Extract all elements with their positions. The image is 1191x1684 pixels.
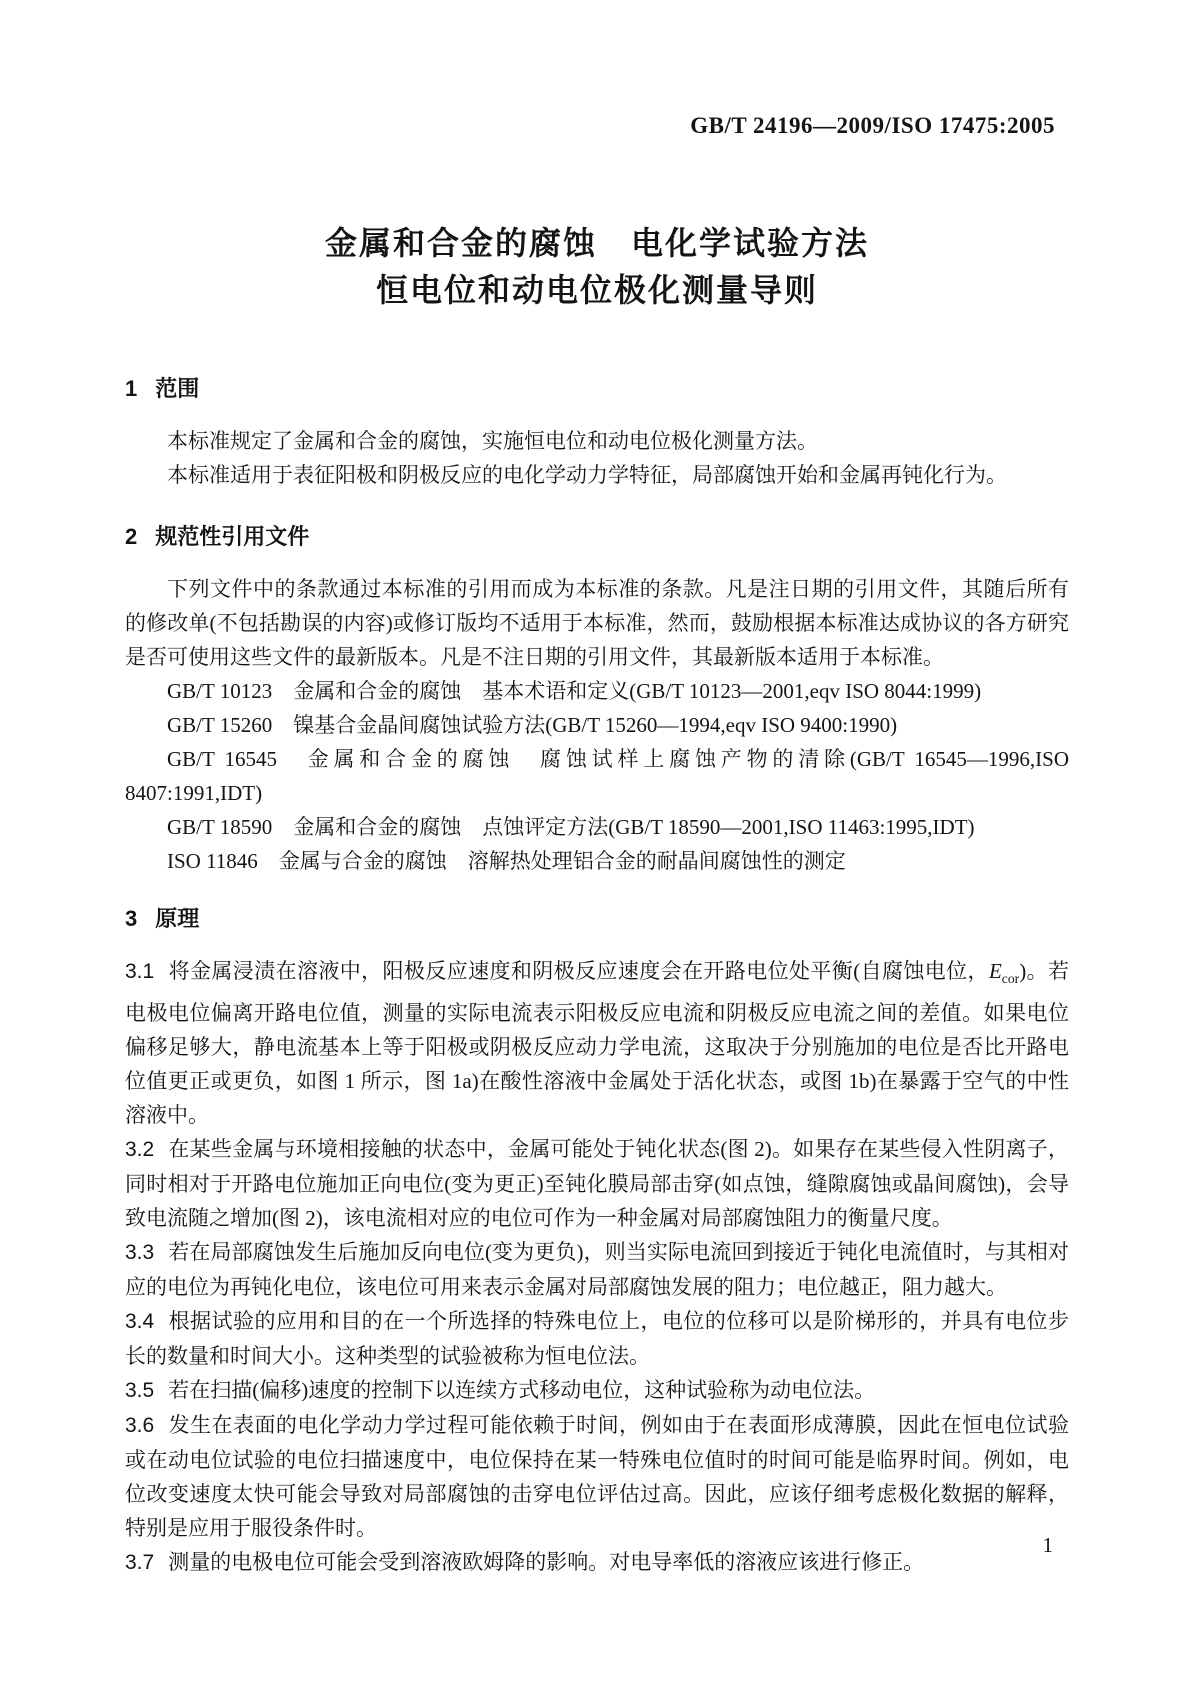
clause-number: 3.3 [125,1236,154,1270]
section-heading-scope: 1范围 [125,374,1069,404]
clause-number: 3.7 [125,1546,154,1580]
section-title: 原理 [155,906,199,931]
principle-body: 3.1将金属浸渍在溶液中，阳极反应速度和阴极反应速度会在开路电位处平衡(自腐蚀电… [125,954,1069,1580]
section-number: 2 [125,522,137,552]
document-title-line2: 恒电位和动电位极化测量导则 [125,267,1069,314]
page-number: 1 [1043,1528,1054,1562]
scope-body: 本标准规定了金属和合金的腐蚀，实施恒电位和动电位极化测量方法。 本标准适用于表征… [125,424,1069,492]
reference-item: GB/T 10123 金属和合金的腐蚀 基本术语和定义(GB/T 10123—2… [125,674,1069,708]
section-number: 1 [125,374,137,404]
document-page: GB/T 24196—2009/ISO 17475:2005 金属和合金的腐蚀 … [0,0,1191,1684]
references-body: 下列文件中的条款通过本标准的引用而成为本标准的条款。凡是注日期的引用文件，其随后… [125,572,1069,878]
clause-text: 测量的电极电位可能会受到溶液欧姆降的影响。对电导率低的溶液应该进行修正。 [168,1550,924,1574]
section-title: 范围 [155,376,199,401]
reference-item: ISO 11846 金属与合金的腐蚀 溶解热处理铝合金的耐晶间腐蚀性的测定 [125,844,1069,878]
clause-text: 发生在表面的电化学动力学过程可能依赖于时间，例如由于在表面形成薄膜，因此在恒电位… [125,1413,1069,1540]
clause-number: 3.1 [125,955,154,989]
clause-text: 若在扫描(偏移)速度的控制下以连续方式移动电位，这种试验称为动电位法。 [168,1378,875,1402]
ecor-symbol: E [989,959,1002,983]
clause-text: )。若电极电位偏离开路电位值，测量的实际电流表示阳极反应电流和阴极反应电流之间的… [125,959,1069,1127]
scope-paragraph-1: 本标准规定了金属和合金的腐蚀，实施恒电位和动电位极化测量方法。 [125,424,1069,458]
section-heading-principle: 3原理 [125,904,1069,934]
ecor-subscript: cor [1002,971,1019,986]
scope-paragraph-2: 本标准适用于表征阳极和阴极反应的电化学动力学特征，局部腐蚀开始和金属再钝化行为。 [125,458,1069,492]
clause-number: 3.5 [125,1374,154,1408]
clause-text: 根据试验的应用和目的在一个所选择的特殊电位上，电位的位移可以是阶梯形的，并具有电… [125,1309,1069,1368]
clause-number: 3.6 [125,1409,154,1443]
clause-3-5: 3.5若在扫描(偏移)速度的控制下以连续方式移动电位，这种试验称为动电位法。 [125,1373,1069,1408]
section-title: 规范性引用文件 [155,524,309,549]
reference-item: GB/T 15260 镍基合金晶间腐蚀试验方法(GB/T 15260—1994,… [125,708,1069,742]
document-title-line1: 金属和合金的腐蚀 电化学试验方法 [125,220,1069,267]
clause-3-1: 3.1将金属浸渍在溶液中，阳极反应速度和阴极反应速度会在开路电位处平衡(自腐蚀电… [125,954,1069,1132]
standard-code-header: GB/T 24196—2009/ISO 17475:2005 [125,112,1069,140]
references-intro: 下列文件中的条款通过本标准的引用而成为本标准的条款。凡是注日期的引用文件，其随后… [125,572,1069,674]
reference-item: GB/T 18590 金属和合金的腐蚀 点蚀评定方法(GB/T 18590—20… [125,810,1069,844]
clause-text: 将金属浸渍在溶液中，阳极反应速度和阴极反应速度会在开路电位处平衡(自腐蚀电位， [168,959,989,983]
clause-3-4: 3.4根据试验的应用和目的在一个所选择的特殊电位上，电位的位移可以是阶梯形的，并… [125,1304,1069,1373]
clause-text: 若在局部腐蚀发生后施加反向电位(变为更负)，则当实际电流回到接近于钝化电流值时，… [125,1240,1069,1299]
clause-3-3: 3.3若在局部腐蚀发生后施加反向电位(变为更负)，则当实际电流回到接近于钝化电流… [125,1235,1069,1304]
section-heading-references: 2规范性引用文件 [125,522,1069,552]
clause-number: 3.2 [125,1133,154,1167]
clause-text: 在某些金属与环境相接触的状态中，金属可能处于钝化状态(图 2)。如果存在某些侵入… [125,1137,1069,1230]
clause-3-6: 3.6发生在表面的电化学动力学过程可能依赖于时间，例如由于在表面形成薄膜，因此在… [125,1408,1069,1545]
document-title: 金属和合金的腐蚀 电化学试验方法 恒电位和动电位极化测量导则 [125,220,1069,314]
section-number: 3 [125,904,137,934]
clause-number: 3.4 [125,1305,154,1339]
clause-3-7: 3.7测量的电极电位可能会受到溶液欧姆降的影响。对电导率低的溶液应该进行修正。 [125,1545,1069,1580]
clause-3-2: 3.2在某些金属与环境相接触的状态中，金属可能处于钝化状态(图 2)。如果存在某… [125,1132,1069,1235]
reference-item: GB/T 16545 金属和合金的腐蚀 腐蚀试样上腐蚀产物的清除(GB/T 16… [125,742,1069,810]
